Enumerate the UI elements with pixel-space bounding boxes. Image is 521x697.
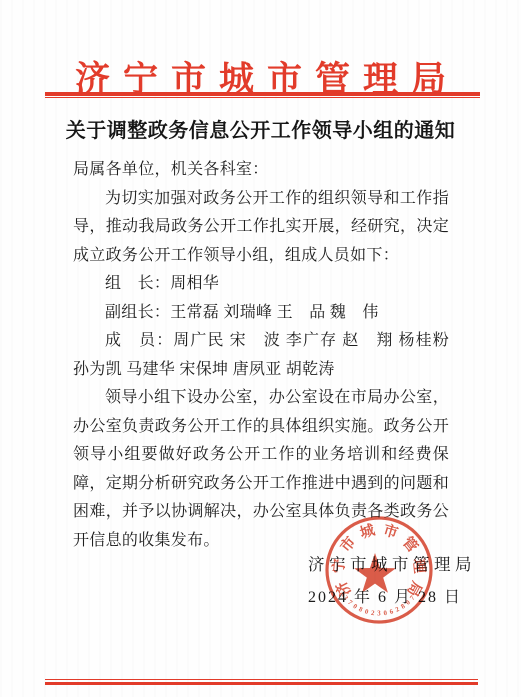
roster-line-members: 成 员：周广民 宋 波 李广存 赵 翔 杨桂粉 孙为凯 马建华 宋保坤 唐夙亚 …	[73, 327, 449, 384]
roster-line-deputy-leaders: 副组长：王常磊 刘瑞峰 王 品 魏 伟	[73, 299, 449, 328]
signature-block: 济宁市城市管理局 2024 年 6 月 28 日	[308, 551, 476, 607]
document-title: 关于调整政务信息公开工作领导小组的通知	[0, 114, 521, 143]
svg-text:6: 6	[389, 608, 395, 616]
body-paragraph: 为切实加强对政务公开工作的组织领导和工作指导，推动我局政务公开工作扎实开展，经研…	[73, 185, 449, 271]
svg-text:0: 0	[364, 608, 370, 616]
divider-thin-line	[45, 97, 480, 98]
svg-text:3: 3	[377, 611, 381, 618]
letterhead-divider	[45, 92, 480, 98]
divider-thick-line	[45, 682, 478, 685]
document-body: 局属各单位，机关各科室： 为切实加强对政务公开工作的组织领导和工作指导，推动我局…	[73, 156, 449, 555]
footer-divider	[45, 679, 478, 685]
salutation: 局属各单位，机关各科室：	[73, 156, 449, 185]
document-page: 济宁市城市管理局 关于调整政务信息公开工作领导小组的通知 局属各单位，机关各科室…	[0, 0, 521, 697]
svg-text:8: 8	[357, 606, 364, 614]
signature-date: 2024 年 6 月 28 日	[308, 584, 476, 607]
body-paragraph: 领导小组下设办公室，办公室设在市局办公室，办公室负责政务公开工作的具体组织实施。…	[73, 384, 449, 555]
signature-agency: 济宁市城市管理局	[308, 551, 476, 575]
svg-text:0: 0	[383, 610, 388, 618]
roster-line-leader: 组 长：周相华	[73, 270, 449, 299]
svg-text:2: 2	[370, 610, 375, 618]
